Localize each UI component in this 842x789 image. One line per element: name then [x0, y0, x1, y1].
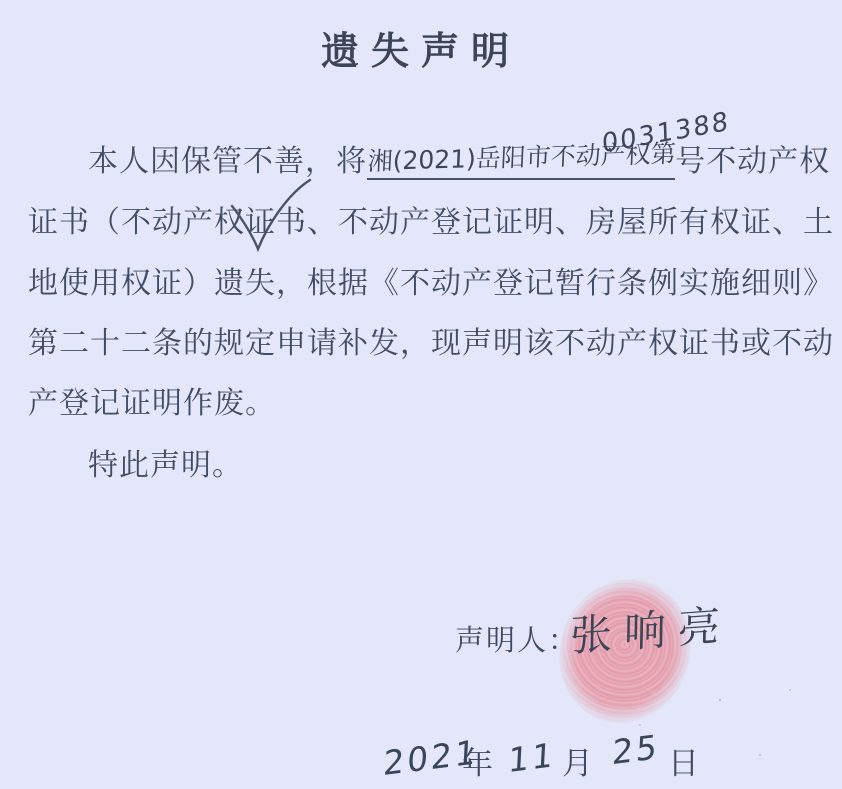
line1-prefix: 本人因保管不善，将	[88, 145, 367, 178]
closing-line: 特此声明。	[28, 440, 820, 484]
body-line-4: 第二十二条的规定申请补发，现声明该不动产权证书或不动	[28, 318, 820, 362]
certificate-number-blank: 湘(2021)岳阳市不动产权第0031388	[367, 142, 675, 180]
date-row: 2021 年 11 月 25 日	[0, 730, 842, 785]
body-line-1: 本人因保管不善，将湘(2021)岳阳市不动产权第0031388号不动产权	[28, 136, 820, 180]
date-day-value: 25	[611, 727, 661, 772]
body-line-3: 地使用权证）遗失，根据《不动产登记暂行条例实施细则》	[28, 258, 820, 302]
body-line-5: 产登记证明作废。	[28, 378, 820, 422]
date-day-unit: 日	[668, 738, 699, 783]
date-month-unit: 月	[562, 738, 593, 783]
body-line-2: 证书（不动产权证书、不动产登记证明、房屋所有权证、土	[28, 197, 820, 241]
date-month-value: 11	[507, 735, 557, 780]
date-year-unit: 年	[462, 738, 493, 783]
declarant-signature: 张响亮	[570, 592, 733, 664]
line1-suffix: 号不动产权	[675, 145, 830, 178]
declaration-document: 遗失声明 本人因保管不善，将湘(2021)岳阳市不动产权第0031388号不动产…	[0, 0, 842, 789]
document-title: 遗失声明	[0, 20, 842, 75]
